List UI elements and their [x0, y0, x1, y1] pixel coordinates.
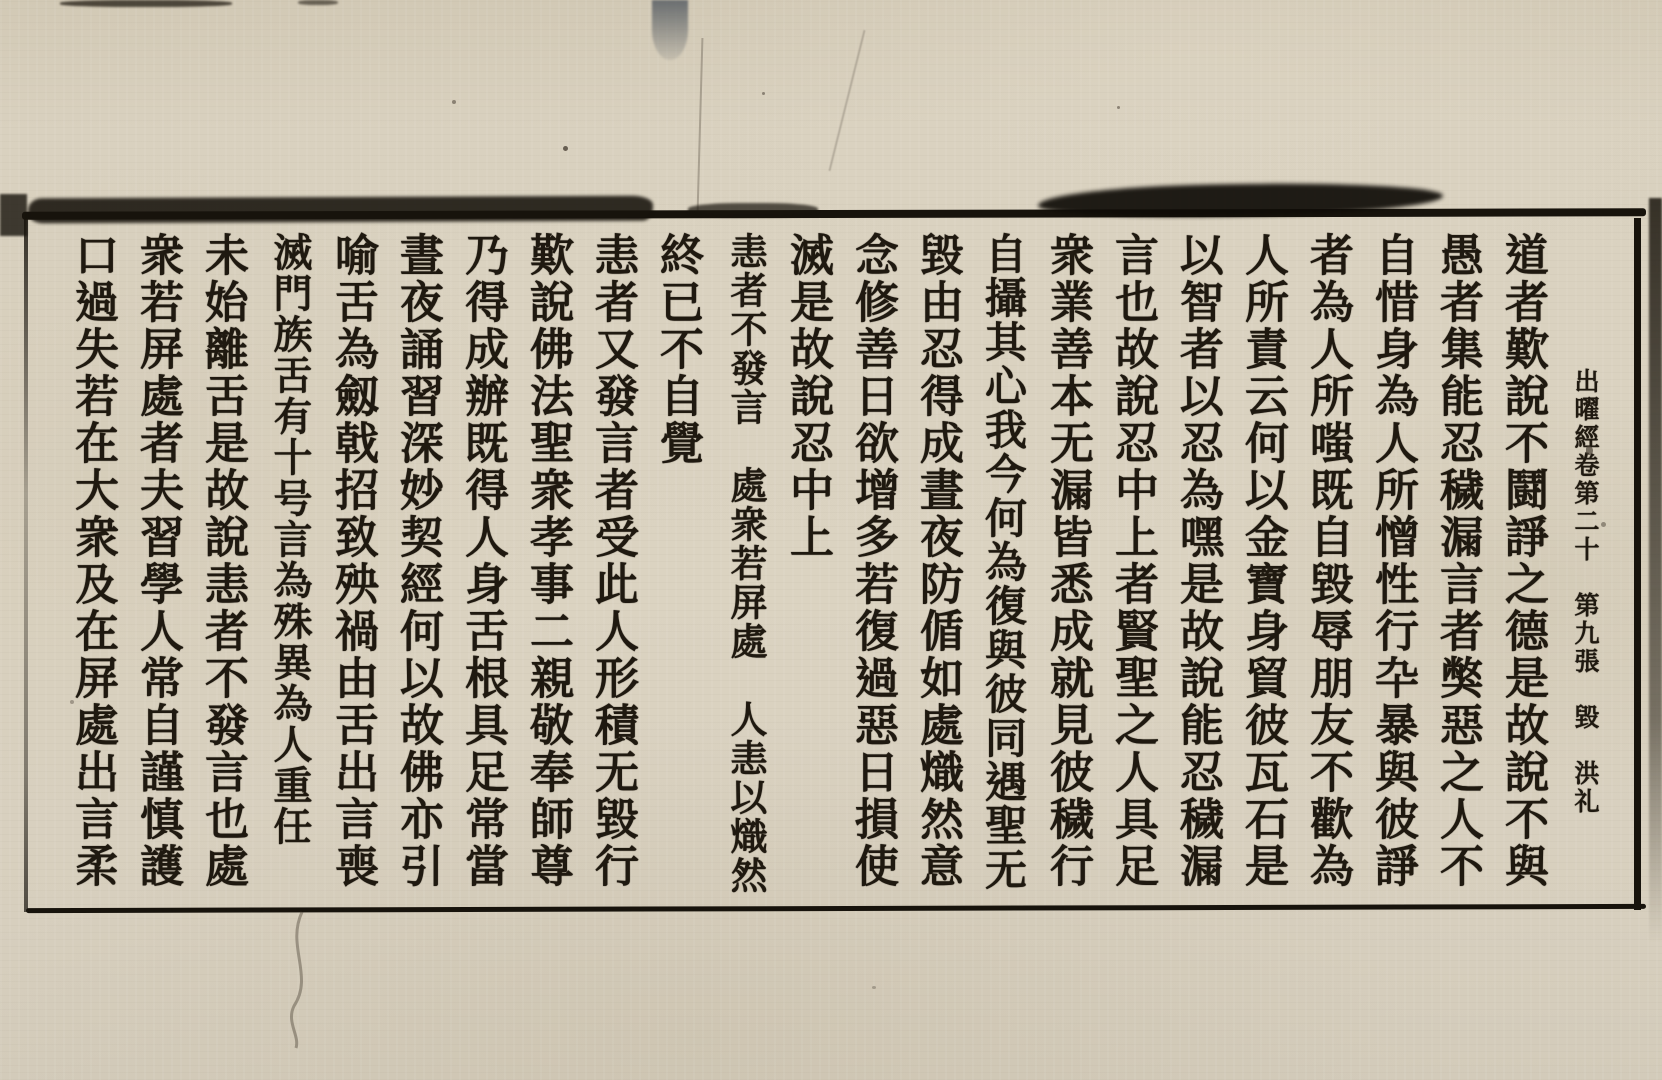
sutra-text-column: 歎說佛法聖衆孝事二親敬奉師尊 — [523, 232, 569, 922]
paper-speck — [563, 146, 568, 151]
sutra-text-column: 者為人所嗤既自毀辱朋友不歡為 — [1303, 232, 1349, 922]
sutra-text-column: 道者歎說不鬪諍之德是故說不與 — [1498, 232, 1544, 922]
sutra-text-column: 恚者不發言 處衆若屏處 人恚以熾然 — [718, 232, 764, 922]
sutra-text-column: 滅門族舌有十号言為殊異為人重任 — [263, 232, 309, 922]
sutra-text-column: 恚者又發言者受此人形積无毀行 — [588, 232, 634, 922]
paper-speck — [452, 100, 456, 104]
paper-speck — [1117, 106, 1120, 109]
paper-speck — [1586, 446, 1593, 455]
sutra-text-column: 終已不自覺 — [653, 232, 699, 922]
sutra-text-column: 自攝其心我今何為復與彼同遇聖无 — [978, 232, 1024, 922]
sutra-text-column: 人所責云何以金寶身貿彼瓦石是 — [1238, 232, 1284, 922]
sutra-text-column: 口過失若在大衆及在屏處出言柔 — [68, 232, 114, 922]
sutra-text-column: 言也故說忍中上者賢聖之人具足 — [1108, 232, 1154, 922]
frame-right-border — [1634, 218, 1641, 910]
crease-ink-blob — [652, 0, 688, 60]
sutra-text-column: 愚者集能忍穢漏言者獘惡之人不 — [1433, 232, 1479, 922]
paper-speck — [1601, 522, 1606, 527]
sutra-text-column: 乃得成辦既得人身舌根具足常當 — [458, 232, 504, 922]
sutra-text-column: 念修善日欲增多若復過惡日損使 — [848, 232, 894, 922]
scroll-scan-page: 出曜經卷第二十 第九張 毀 洪礼道者歎說不鬪諍之德是故說不與愚者集能忍穢漏言者獘… — [0, 0, 1662, 1080]
sheet-label-column: 出曜經卷第二十 第九張 毀 洪礼 — [1568, 232, 1598, 922]
top-border-ink-smudge-mid — [688, 203, 818, 217]
sutra-text-column: 晝夜誦習深妙契經何以故佛亦引 — [393, 232, 439, 922]
paper-speck — [70, 700, 74, 704]
sutra-text-column: 衆業善本无漏皆悉成就見彼穢行 — [1043, 232, 1089, 922]
text-columns: 出曜經卷第二十 第九張 毀 洪礼道者歎說不鬪諍之德是故說不與愚者集能忍穢漏言者獘… — [49, 232, 1598, 922]
top-edge-ink-mark — [60, 0, 232, 7]
paper-speck — [762, 92, 765, 95]
sutra-text-column: 以智者以忍為嘿是故說能忍穢漏 — [1173, 232, 1219, 922]
top-edge-ink-mark — [298, 0, 338, 5]
paper-crease-line — [697, 38, 704, 213]
paper-speck — [872, 986, 876, 989]
sutra-text-column: 未始離舌是故說恚者不發言也處 — [198, 232, 244, 922]
frame-left-border — [24, 214, 28, 912]
sutra-text-column: 自惜身為人所憎性行卆暴與彼諍 — [1368, 232, 1414, 922]
scan-right-edge-shadow — [1649, 198, 1662, 943]
paper-scratch — [828, 30, 865, 171]
sutra-text-column: 喻舌為劔戟招致殃禍由舌出言喪 — [328, 232, 374, 922]
bottom-crease-squiggle — [270, 910, 330, 1050]
sutra-text-column: 衆若屏處者夫習學人常自謹慎護 — [133, 232, 179, 922]
sutra-text-column: 滅是故說忍中上 — [783, 232, 829, 922]
top-border-ink-smudge-left — [28, 196, 653, 224]
sutra-text-column: 毀由忍得成晝夜防偱如處熾然意 — [913, 232, 959, 922]
corner-ink-smudge — [0, 194, 27, 236]
